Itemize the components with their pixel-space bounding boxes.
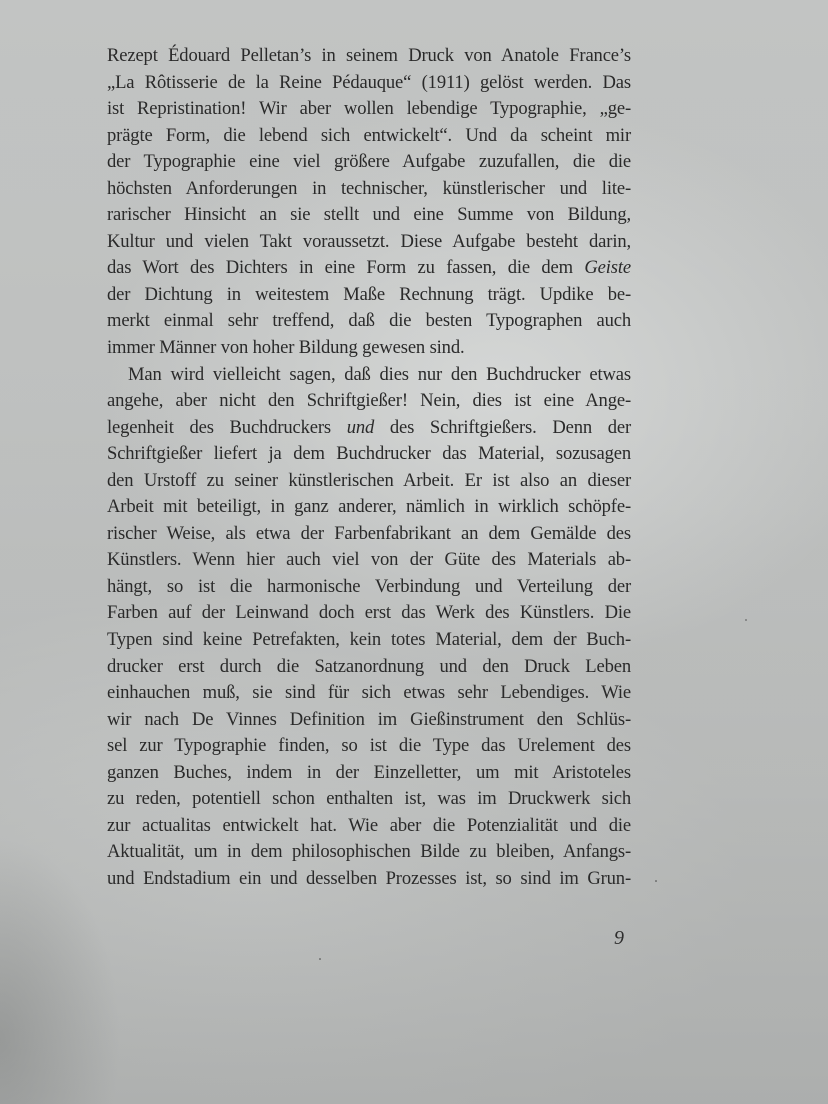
text-line: legenheit des Buchdruckers und des Schri… (107, 415, 631, 442)
text-line: zu reden, potentiell schon enthalten ist… (107, 786, 631, 813)
text-line: Farben auf der Leinwand doch erst das We… (107, 600, 631, 627)
italic-emphasis: Geiste (584, 257, 631, 278)
text-segment: das Wort des Dichters in eine Form zu fa… (107, 257, 584, 278)
text-line: rischer Weise, als etwa der Farbenfabrik… (107, 521, 631, 548)
paragraph-2: Man wird vielleicht sagen, daß dies nur … (107, 362, 631, 893)
paper-speck (655, 880, 657, 882)
text-line: den Urstoff zu seiner künstlerischen Arb… (107, 468, 631, 495)
text-line: wir nach De Vinnes Definition im Gießins… (107, 707, 631, 734)
text-line: der Dichtung in weitestem Maße Rechnung … (107, 282, 631, 309)
text-line: Schriftgießer liefert ja dem Buchdrucker… (107, 441, 631, 468)
text-line: zur actualitas entwickelt hat. Wie aber … (107, 813, 631, 840)
paper-speck (745, 619, 747, 621)
text-line: Arbeit mit beteiligt, in ganz anderer, n… (107, 494, 631, 521)
text-line: immer Männer von hoher Bildung gewesen s… (107, 335, 631, 362)
text-line: Aktualität, um in dem philosophischen Bi… (107, 839, 631, 866)
text-line: prägte Form, die lebend sich entwickelt“… (107, 123, 631, 150)
text-segment: des Schriftgießers. Denn der (374, 417, 631, 438)
text-line: das Wort des Dichters in eine Form zu fa… (107, 255, 631, 282)
body-text: Rezept Édouard Pelletan’s in seinem Druc… (107, 43, 631, 893)
text-line: Kultur und vielen Takt voraussetzt. Dies… (107, 229, 631, 256)
text-line: ist Repristination! Wir aber wollen lebe… (107, 96, 631, 123)
text-line: merkt einmal sehr treffend, daß die best… (107, 308, 631, 335)
text-line: hängt, so ist die harmonische Verbindung… (107, 574, 631, 601)
book-page: Rezept Édouard Pelletan’s in seinem Druc… (0, 0, 828, 1104)
text-line: Man wird vielleicht sagen, daß dies nur … (107, 362, 631, 389)
text-line: höchsten Anforderungen in technischer, k… (107, 176, 631, 203)
text-line: und Endstadium ein und desselben Prozess… (107, 866, 631, 893)
text-line: rarischer Hinsicht an sie stellt und ein… (107, 202, 631, 229)
text-line: einhauchen muß, sie sind für sich etwas … (107, 680, 631, 707)
paragraph-1: Rezept Édouard Pelletan’s in seinem Druc… (107, 43, 631, 362)
text-line: drucker erst durch die Satzanordnung und… (107, 654, 631, 681)
text-line: Typen sind keine Petrefakten, kein totes… (107, 627, 631, 654)
italic-emphasis: und (347, 417, 374, 438)
paper-speck (319, 958, 321, 960)
text-segment: legenheit des Buchdruckers (107, 417, 347, 438)
page-number: 9 (614, 927, 624, 950)
text-line: Rezept Édouard Pelletan’s in seinem Druc… (107, 43, 631, 70)
text-line: der Typographie eine viel größere Aufgab… (107, 149, 631, 176)
text-line: Künstlers. Wenn hier auch viel von der G… (107, 547, 631, 574)
text-line: ganzen Buches, indem in der Einzelletter… (107, 760, 631, 787)
text-line: sel zur Typographie finden, so ist die T… (107, 733, 631, 760)
text-line: „La Rôtisserie de la Reine Pédauque“ (19… (107, 70, 631, 97)
text-line: angehe, aber nicht den Schriftgießer! Ne… (107, 388, 631, 415)
